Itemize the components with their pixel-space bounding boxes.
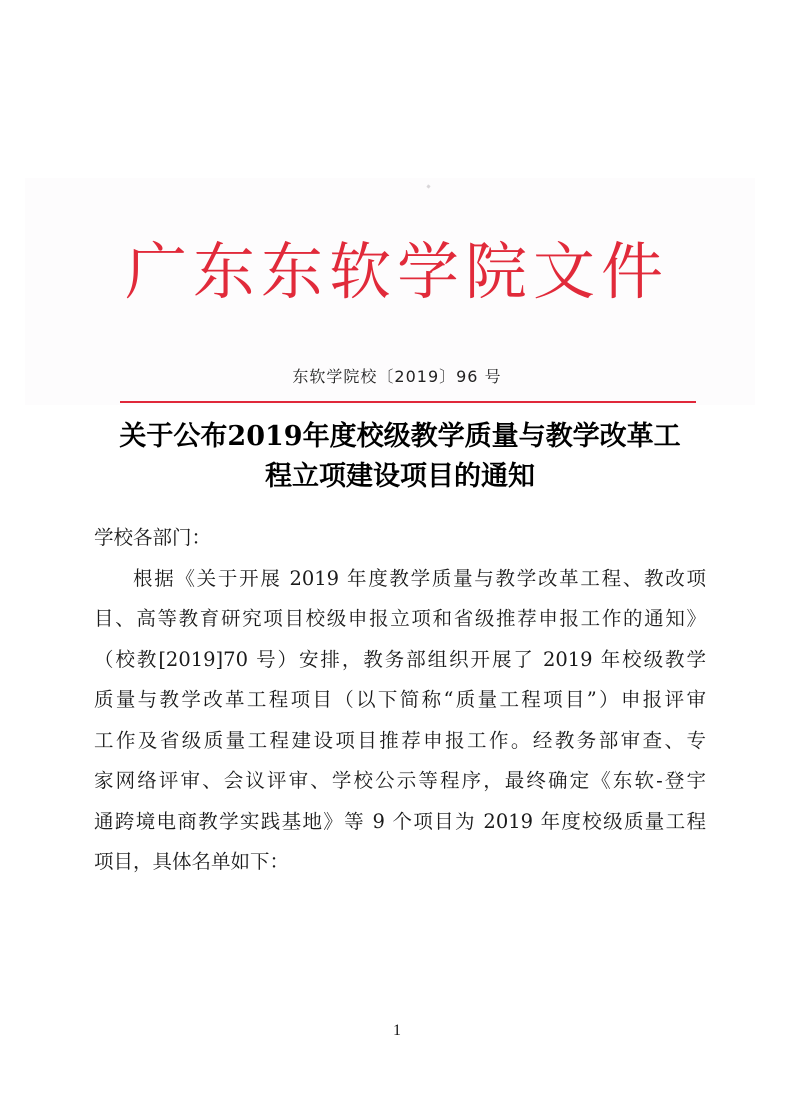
document-number: 东软学院校〔2019〕96 号 [0,366,794,388]
page-number: 1 [0,1022,794,1040]
issuer-title: 广东东软学院文件 [0,236,794,308]
heading-line-2: 程立项建设项目的通知 [90,457,710,497]
document-page: 广东东软学院文件 东软学院校〔2019〕96 号 关于公布2019年度校级教学质… [0,0,794,1108]
document-heading: 关于公布2019年度校级教学质量与教学改革工 程立项建设项目的通知 [90,417,710,497]
paragraph-line: 质量与教学改革工程项目（以下简称“质量工程项目”）申报评审 [94,680,706,721]
paragraph-line: 通跨境电商教学实践基地》等 9 个项目为 2019 年度校级质量工程 [94,802,706,843]
paragraph-line: 家网络评审、会议评审、学校公示等程序，最终确定《东软-登宇 [94,761,706,802]
paragraph-line: 项目，具体名单如下： [94,842,706,883]
document-body: 学校各部门： 根据《关于开展 2019 年度教学质量与教学改革工程、教改项 目、… [94,518,706,883]
salutation: 学校各部门： [94,518,706,559]
paragraph-line: （校教[2019]70 号）安排，教务部组织开展了 2019 年校级教学 [94,640,706,681]
heading-line-1: 关于公布2019年度校级教学质量与教学改革工 [90,417,710,457]
paragraph-line: 目、高等教育研究项目校级申报立项和省级推荐申报工作的通知》 [94,599,706,640]
paragraph-line: 根据《关于开展 2019 年度教学质量与教学改革工程、教改项 [94,559,706,600]
red-divider-line [120,401,696,403]
paragraph-line: 工作及省级质量工程建设项目推荐申报工作。经教务部审查、专 [94,721,706,762]
